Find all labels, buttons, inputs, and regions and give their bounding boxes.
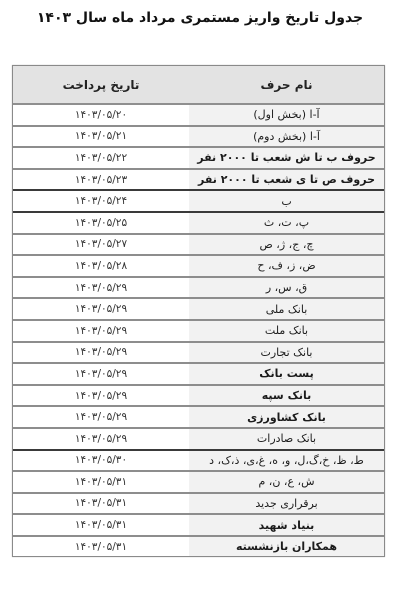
row-date: ۱۴۰۳/۰۵/۲۰ xyxy=(13,104,189,126)
row-name: ض، ز، ف، ح xyxy=(189,255,384,277)
row-name: حروف ب تا ش شعب تا ۲۰۰۰ نفر xyxy=(189,147,384,169)
row-date: ۱۴۰۳/۰۵/۲۹ xyxy=(13,320,189,342)
row-name: پ، ت، ث xyxy=(189,212,384,234)
row-name: همکاران بازنشسته xyxy=(189,536,384,557)
row-name: بانک صادرات xyxy=(189,428,384,450)
row-date: ۱۴۰۳/۰۵/۲۹ xyxy=(13,428,189,450)
row-name: ط، ظ، خ،گ،ل، و، ه، غ،ی، ذ،ک، د xyxy=(189,450,384,472)
row-date: ۱۴۰۳/۰۵/۲۹ xyxy=(13,298,189,320)
row-date: ۱۴۰۳/۰۵/۲۱ xyxy=(13,126,189,148)
row-name: بانک سپه xyxy=(189,385,384,407)
row-date: ۱۴۰۳/۰۵/۲۹ xyxy=(13,385,189,407)
table-row: پست بانک ۱۴۰۳/۰۵/۲۹ xyxy=(13,363,384,385)
payment-schedule-table: نام حرف تاریخ پرداخت آ-ا (بخش اول) ۱۴۰۳/… xyxy=(13,66,384,556)
table-row: ش، ع، ن، م ۱۴۰۳/۰۵/۳۱ xyxy=(13,471,384,493)
row-date: ۱۴۰۳/۰۵/۳۱ xyxy=(13,536,189,557)
row-date: ۱۴۰۳/۰۵/۲۹ xyxy=(13,363,189,385)
row-name: بنیاد شهید xyxy=(189,514,384,536)
row-date: ۱۴۰۳/۰۵/۳۱ xyxy=(13,514,189,536)
table-header-row: نام حرف تاریخ پرداخت xyxy=(13,66,384,104)
row-date: ۱۴۰۳/۰۵/۳۱ xyxy=(13,471,189,493)
row-date: ۱۴۰۳/۰۵/۲۲ xyxy=(13,147,189,169)
row-name: بانک کشاورزی xyxy=(189,406,384,428)
table-row: ض، ز، ف، ح ۱۴۰۳/۰۵/۲۸ xyxy=(13,255,384,277)
row-name: چ، ج، ژ، ص xyxy=(189,234,384,256)
table-row: بانک کشاورزی ۱۴۰۳/۰۵/۲۹ xyxy=(13,406,384,428)
row-name: ب xyxy=(189,190,384,212)
row-name: پست بانک xyxy=(189,363,384,385)
table-row: ب ۱۴۰۳/۰۵/۲۴ xyxy=(13,190,384,212)
row-date: ۱۴۰۳/۰۵/۳۰ xyxy=(13,450,189,472)
table-row: ق، س، ر ۱۴۰۳/۰۵/۲۹ xyxy=(13,277,384,299)
row-date: ۱۴۰۳/۰۵/۲۳ xyxy=(13,169,189,191)
row-name: ق، س، ر xyxy=(189,277,384,299)
table-row: بانک ملت ۱۴۰۳/۰۵/۲۹ xyxy=(13,320,384,342)
row-name: بانک ملی xyxy=(189,298,384,320)
row-date: ۱۴۰۳/۰۵/۲۴ xyxy=(13,190,189,212)
table-row: آ-ا (بخش دوم) ۱۴۰۳/۰۵/۲۱ xyxy=(13,126,384,148)
table-row: برقراری جدید ۱۴۰۳/۰۵/۳۱ xyxy=(13,493,384,515)
table-row: بنیاد شهید ۱۴۰۳/۰۵/۳۱ xyxy=(13,514,384,536)
row-date: ۱۴۰۳/۰۵/۲۵ xyxy=(13,212,189,234)
row-name: حروف ص تا ی شعب تا ۲۰۰۰ نفر xyxy=(189,169,384,191)
row-name: آ-ا (بخش دوم) xyxy=(189,126,384,148)
row-date: ۱۴۰۳/۰۵/۲۹ xyxy=(13,342,189,364)
table-row: بانک تجارت ۱۴۰۳/۰۵/۲۹ xyxy=(13,342,384,364)
row-name: بانک تجارت xyxy=(189,342,384,364)
table-row: حروف ب تا ش شعب تا ۲۰۰۰ نفر ۱۴۰۳/۰۵/۲۲ xyxy=(13,147,384,169)
page-title: جدول تاریخ واریز مستمری مرداد ماه سال ۱۴… xyxy=(0,10,400,26)
table-row: بانک ملی ۱۴۰۳/۰۵/۲۹ xyxy=(13,298,384,320)
table-row: بانک صادرات ۱۴۰۳/۰۵/۲۹ xyxy=(13,428,384,450)
table-row: پ، ت، ث ۱۴۰۳/۰۵/۲۵ xyxy=(13,212,384,234)
table-row: همکاران بازنشسته ۱۴۰۳/۰۵/۳۱ xyxy=(13,536,384,557)
column-header-date: تاریخ پرداخت xyxy=(13,66,189,104)
row-date: ۱۴۰۳/۰۵/۲۷ xyxy=(13,234,189,256)
table-row: آ-ا (بخش اول) ۱۴۰۳/۰۵/۲۰ xyxy=(13,104,384,126)
row-name: برقراری جدید xyxy=(189,493,384,515)
row-date: ۱۴۰۳/۰۵/۲۸ xyxy=(13,255,189,277)
payment-schedule-table-container: نام حرف تاریخ پرداخت آ-ا (بخش اول) ۱۴۰۳/… xyxy=(12,65,385,557)
table-row: حروف ص تا ی شعب تا ۲۰۰۰ نفر ۱۴۰۳/۰۵/۲۳ xyxy=(13,169,384,191)
row-date: ۱۴۰۳/۰۵/۳۱ xyxy=(13,493,189,515)
column-header-name: نام حرف xyxy=(189,66,384,104)
table-row: بانک سپه ۱۴۰۳/۰۵/۲۹ xyxy=(13,385,384,407)
row-name: بانک ملت xyxy=(189,320,384,342)
table-row: چ، ج، ژ، ص ۱۴۰۳/۰۵/۲۷ xyxy=(13,234,384,256)
row-name: ش، ع، ن، م xyxy=(189,471,384,493)
row-name: آ-ا (بخش اول) xyxy=(189,104,384,126)
row-date: ۱۴۰۳/۰۵/۲۹ xyxy=(13,406,189,428)
row-date: ۱۴۰۳/۰۵/۲۹ xyxy=(13,277,189,299)
table-row: ط، ظ، خ،گ،ل، و، ه، غ،ی، ذ،ک، د ۱۴۰۳/۰۵/۳… xyxy=(13,450,384,472)
